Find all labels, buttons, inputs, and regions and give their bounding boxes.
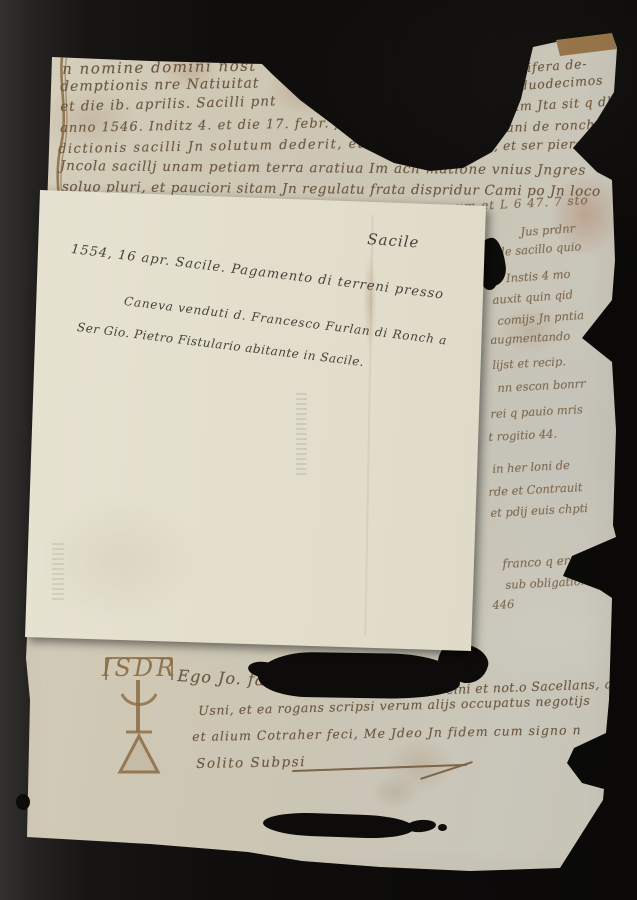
faint-vertical-stamp bbox=[296, 390, 307, 475]
archival-scan: n nomine domini nost demptionis nre Nati… bbox=[0, 0, 637, 900]
note-paper-shadow bbox=[0, 0, 637, 900]
faint-vertical-stamp bbox=[52, 540, 64, 600]
note-corner-label: Sacile bbox=[367, 230, 420, 252]
archivist-note-slip: Sacile 1554, 16 apr. Sacile. Pagamento d… bbox=[0, 0, 637, 900]
note-paper bbox=[0, 0, 637, 900]
